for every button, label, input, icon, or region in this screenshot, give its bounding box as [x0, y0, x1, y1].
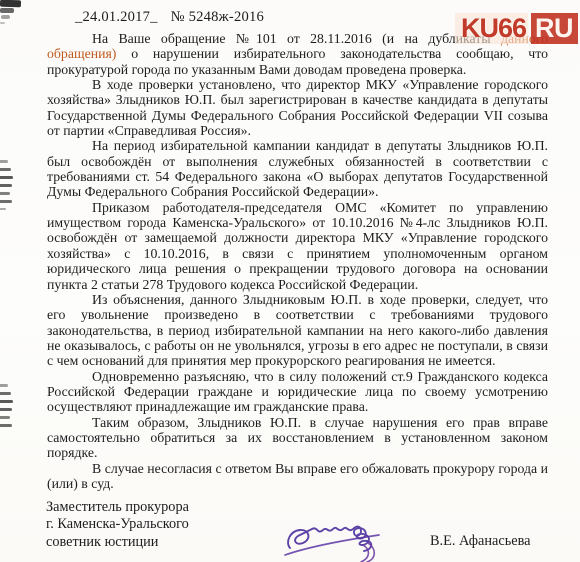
- paragraph-7: Таким образом, Злыдников Ю.П. в случае н…: [47, 415, 548, 461]
- signer-position-line: г. Каменска-Уральского: [46, 516, 189, 533]
- paragraph-8: В случае несогласия с ответом Вы вправе …: [47, 461, 548, 492]
- scan-smudge-top-left: [1, 15, 10, 19]
- document-header: _24.01.2017_№ 5248ж-2016: [75, 9, 264, 26]
- paragraph-5: Из объяснения, данного Злыдниковым Ю.П. …: [47, 292, 548, 369]
- signer-position-line: Заместитель прокурора: [46, 499, 189, 516]
- letter-body: На Ваше обращение №101 от 28.11.2016 (и …: [47, 31, 548, 491]
- document-number: № 5248ж-2016: [171, 9, 264, 25]
- scan-smudge-top-left: [0, 8, 14, 13]
- paragraph-6: Одновременно разъясняю, что в силу полож…: [47, 369, 548, 415]
- watermark-site-text: KU66: [455, 13, 528, 44]
- scan-smudge-top-left: [0, 0, 21, 7]
- paragraph-1-text: о нарушении избирательного законодательс…: [47, 46, 548, 76]
- handwritten-signature: [283, 514, 395, 562]
- paragraph-4: Приказом работодателя-председателя ОМС «…: [47, 200, 548, 292]
- paragraph-1-text: На Ваше обращение №101 от 28.11.2016 (и …: [92, 31, 501, 46]
- document-date: _24.01.2017_: [75, 9, 158, 25]
- signer-name: В.Е. Афанасьева: [430, 533, 531, 550]
- paragraph-2: В ходе проверки установлено, что директо…: [47, 77, 548, 138]
- signer-position-block: Заместитель прокурора г. Каменска-Уральс…: [46, 499, 189, 551]
- paragraph-3: На период избирательной кампании кандида…: [47, 138, 548, 199]
- ku66-watermark: KU66 RU: [455, 13, 578, 44]
- watermark-tld-text: RU: [531, 13, 578, 44]
- scan-binding-marks: [0, 384, 14, 432]
- scanned-letter-page: _24.01.2017_№ 5248ж-2016 KU66 RU На Ваше…: [0, 0, 580, 562]
- signer-position-line: советник юстиции: [46, 534, 189, 551]
- scan-binding-marks: [0, 160, 14, 215]
- scan-smudge-top-left: [0, 22, 5, 24]
